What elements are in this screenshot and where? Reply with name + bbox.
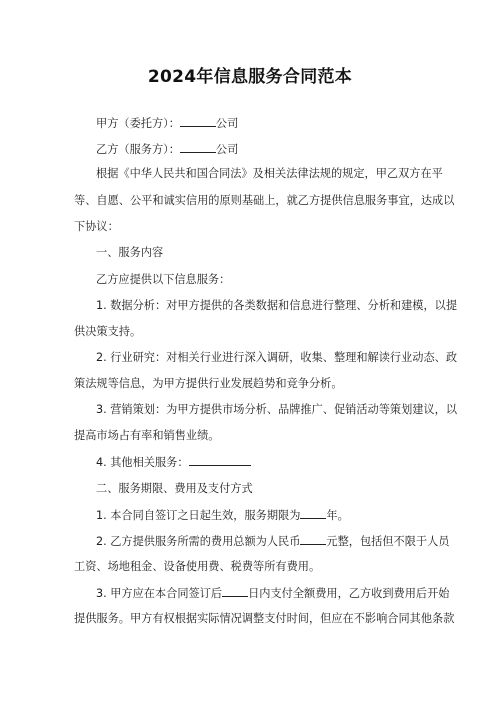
party-b-label: 乙方（服务方）：: [96, 143, 180, 156]
service-item-3-line-2: 提高市场占有率和销售业绩。: [74, 429, 219, 443]
party-b-suffix: 公司: [216, 143, 238, 156]
party-b-line: 乙方（服务方）：公司: [96, 142, 238, 157]
payment-item-3-text: 3. 甲方应在本合同签订后: [96, 587, 222, 600]
service-item-4-blank: [189, 455, 251, 466]
party-a-suffix: 公司: [216, 117, 238, 130]
term-item-1-text: 1. 本合同自签订之日起生效，服务期限为: [96, 509, 300, 522]
term-item-1-suffix: 年。: [326, 509, 348, 522]
party-b-blank: [180, 142, 216, 153]
fee-item-2-line-1: 2. 乙方提供服务所需的费用总额为人民币元整，包括但不限于人员: [96, 534, 450, 549]
payment-item-3-line-1: 3. 甲方应在本合同签订后日内支付全额费用，乙方收到费用后开始: [96, 586, 450, 601]
service-item-1-line-1: 1. 数据分析：对甲方提供的各类数据和信息进行整理、分析和建模，以提: [96, 299, 457, 313]
fee-item-2-text: 2. 乙方提供服务所需的费用总额为人民币: [96, 535, 300, 548]
service-item-1-line-2: 供决策支持。: [74, 325, 141, 339]
payment-item-3-suffix: 日内支付全额费用，乙方收到费用后开始: [248, 587, 449, 600]
section1-lead: 乙方应提供以下信息服务：: [96, 273, 230, 287]
service-item-4: 4. 其他相关服务：: [96, 455, 251, 470]
term-years-blank: [300, 508, 326, 519]
service-item-4-label: 4. 其他相关服务：: [96, 456, 189, 469]
payment-days-blank: [222, 586, 248, 597]
service-item-2-line-2: 策法规等信息，为甲方提供行业发展趋势和竞争分析。: [74, 377, 343, 391]
service-item-2-line-1: 2. 行业研究：对相关行业进行深入调研，收集、整理和解读行业动态、政: [96, 351, 457, 365]
payment-item-3-line-2: 提供服务。甲方有权根据实际情况调整支付时间，但应在不影响合同其他条款: [74, 612, 454, 626]
intro-line-3: 下协议：: [74, 220, 119, 234]
page-title: 2024年信息服务合同范本: [0, 62, 500, 87]
service-item-3-line-1: 3. 营销策划：为甲方提供市场分析、品牌推广、促销活动等策划建议，以: [96, 403, 457, 417]
party-a-line: 甲方（委托方）：公司: [96, 116, 238, 131]
section1-heading: 一、服务内容: [96, 246, 163, 260]
fee-amount-blank: [300, 534, 326, 545]
intro-line-1: 根据《中华人民共和国合同法》及相关法律法规的规定，甲乙双方在平: [96, 167, 443, 181]
party-a-blank: [180, 116, 216, 127]
fee-item-2-line-2: 工资、场地租金、设备使用费、税费等所有费用。: [74, 560, 320, 574]
fee-item-2-suffix: 元整，包括但不限于人员: [326, 535, 449, 548]
term-item-1: 1. 本合同自签订之日起生效，服务期限为年。: [96, 508, 349, 523]
section2-heading: 二、服务期限、费用及支付方式: [96, 482, 253, 496]
intro-line-2: 等、自愿、公平和诚实信用的原则基础上，就乙方提供信息服务事宜，达成以: [74, 194, 454, 208]
party-a-label: 甲方（委托方）：: [96, 117, 180, 130]
